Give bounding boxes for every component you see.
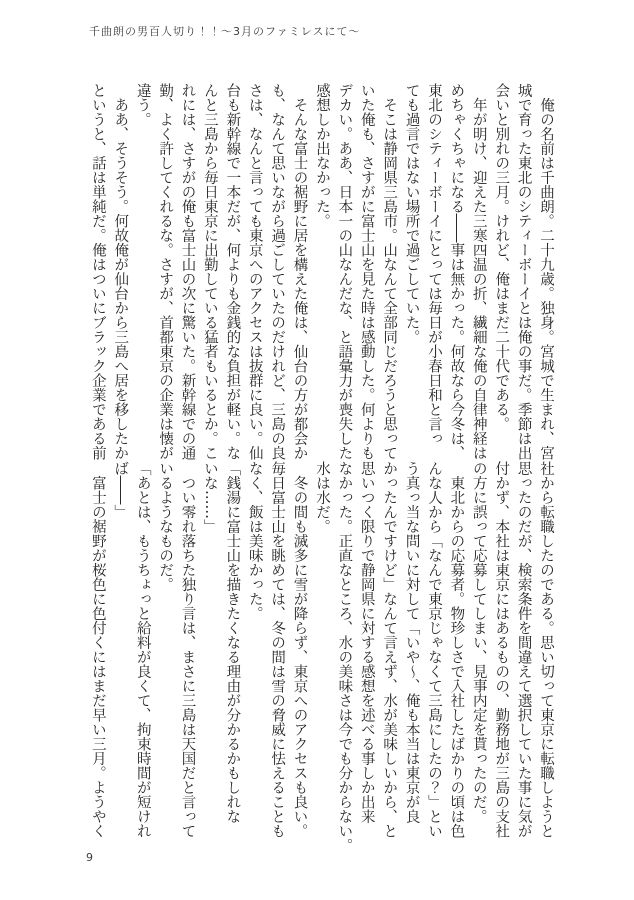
text-line: かったんですけど」なんて言えず、水が美味しいから、と [378, 461, 400, 857]
text-line: 台も新幹線で一本だが、何よりも金銭的な負担が軽い。な [221, 83, 243, 471]
text-line: いるようなものだ。 [154, 461, 176, 857]
text-line: そこは静岡県三島市。山なんて全部同じだろうと思って [378, 83, 400, 471]
lower-text-block: 社から転職したのである。思い切って東京に転職しようと思ったのだが、検索条件を間違… [86, 461, 557, 857]
text-line: れには、さすがの俺も富士山の次に驚いた。新幹線での通 [176, 83, 198, 471]
text-line: 違う。 [131, 83, 153, 471]
text-line: 毎日富士山を眺めては、冬の間は雪の脅威に怯えることも [266, 461, 288, 857]
text-line: んな人から「なんで東京じゃなくて三島にしたの？」とい [423, 461, 445, 857]
book-page: 千曲朗の男百人切り！！～3月のファミレスにて～ 俺の名前は千曲朗。二十九歳。独身… [0, 0, 634, 900]
text-line: 東北からの応募者。物珍しさで入社したばかりの頃は色 [445, 461, 467, 857]
text-line: 俺の名前は千曲朗。二十九歳。独身。宮城で生まれ、宮 [535, 83, 557, 471]
text-line: 思いつく限りで静岡県に対する感想を述べる事しか出来 [355, 461, 377, 857]
text-line: ば――」 [109, 461, 131, 857]
text-line: というと、話は単純だ。俺はついにブラック企業である前 [86, 83, 108, 471]
text-line: 「銭湯に富士山を描きたくなる理由が分かるかもしれな [221, 461, 243, 857]
text-line: 勤、よく許してくれるな。さすが、首都東京の企業は懐が [154, 83, 176, 471]
page-number: 9 [86, 851, 93, 864]
text-line: 城で育った東北のシティーボーイとは俺の事だ。季節は出 [512, 83, 534, 471]
text-line: めちゃくちゃになる――事は無かった。何故なら今冬は、 [445, 83, 467, 471]
text-line: 東北のシティーボーイにとっては毎日が小春日和と言っ [423, 83, 445, 471]
text-line: いな……」 [199, 461, 221, 857]
text-line: 思ったのだが、検索条件を間違えて選択していた事に気が [512, 461, 534, 857]
text-line: 「あとは、もうちょっと給料が良くて、拘束時間が短けれ [131, 461, 153, 857]
text-line: そんな富士の裾野に居を構えた俺は、仙台の方が都会か [288, 83, 310, 471]
upper-text-block: 俺の名前は千曲朗。二十九歳。独身。宮城で生まれ、宮城で育った東北のシティーボーイ… [86, 83, 557, 471]
text-line: 年が明け、迎えた三寒四温の折、繊細な俺の自律神経は [467, 83, 489, 471]
text-line: 感想しか出なかった。 [311, 83, 333, 471]
text-line: 付かず、本社は東京にはあるものの、勤務地が三島の支社 [490, 461, 512, 857]
text-line: 会いと別れの三月。けれど、俺はまだ二十代である。 [490, 83, 512, 471]
text-line: う真っ当な問いに対して「いや〜、俺も本当は東京が良 [400, 461, 422, 857]
text-line: も、なんて思いながら過ごしていたのだけれど、三島の良 [266, 83, 288, 471]
text-line: 社から転職したのである。思い切って東京に転職しようと [535, 461, 557, 857]
text-line: 水は水だ。 [311, 461, 333, 857]
text-line: なく、飯は美味かった。 [243, 461, 265, 857]
text-line: デカい。ああ、日本一の山なんだな、と語彙力が喪失した [333, 83, 355, 471]
running-header-title: 千曲朗の男百人切り！！～3月のファミレスにて～ [89, 23, 360, 39]
text-line: 富士の裾野が桜色に色付くにはまだ早い三月。ようやく [86, 461, 108, 857]
text-line: つい零れ落ちた独り言は、まさに三島は天国だと言って [176, 461, 198, 857]
text-line: ても過言ではない場所で過ごしていた。 [400, 83, 422, 471]
text-line: いた俺も、さすがに富士山を見た時は感動した。何よりも [355, 83, 377, 471]
text-line: の方に誤って応募してしまい、見事内定を貰ったのだ。 [467, 461, 489, 857]
text-line: なかった。正直なところ、水の美味さは今でも分からない。 [333, 461, 355, 857]
text-line: さは、なんと言っても東京へのアクセスは抜群に良い。仙 [243, 83, 265, 471]
text-line: んと三島から毎日東京に出勤している猛者もいるとか。こ [199, 83, 221, 471]
text-line: 冬の間も滅多に雪が降らず、東京へのアクセスも良い。 [288, 461, 310, 857]
text-line: ああ、そうそう。何故俺が仙台から三島へ居を移したか [109, 83, 131, 471]
